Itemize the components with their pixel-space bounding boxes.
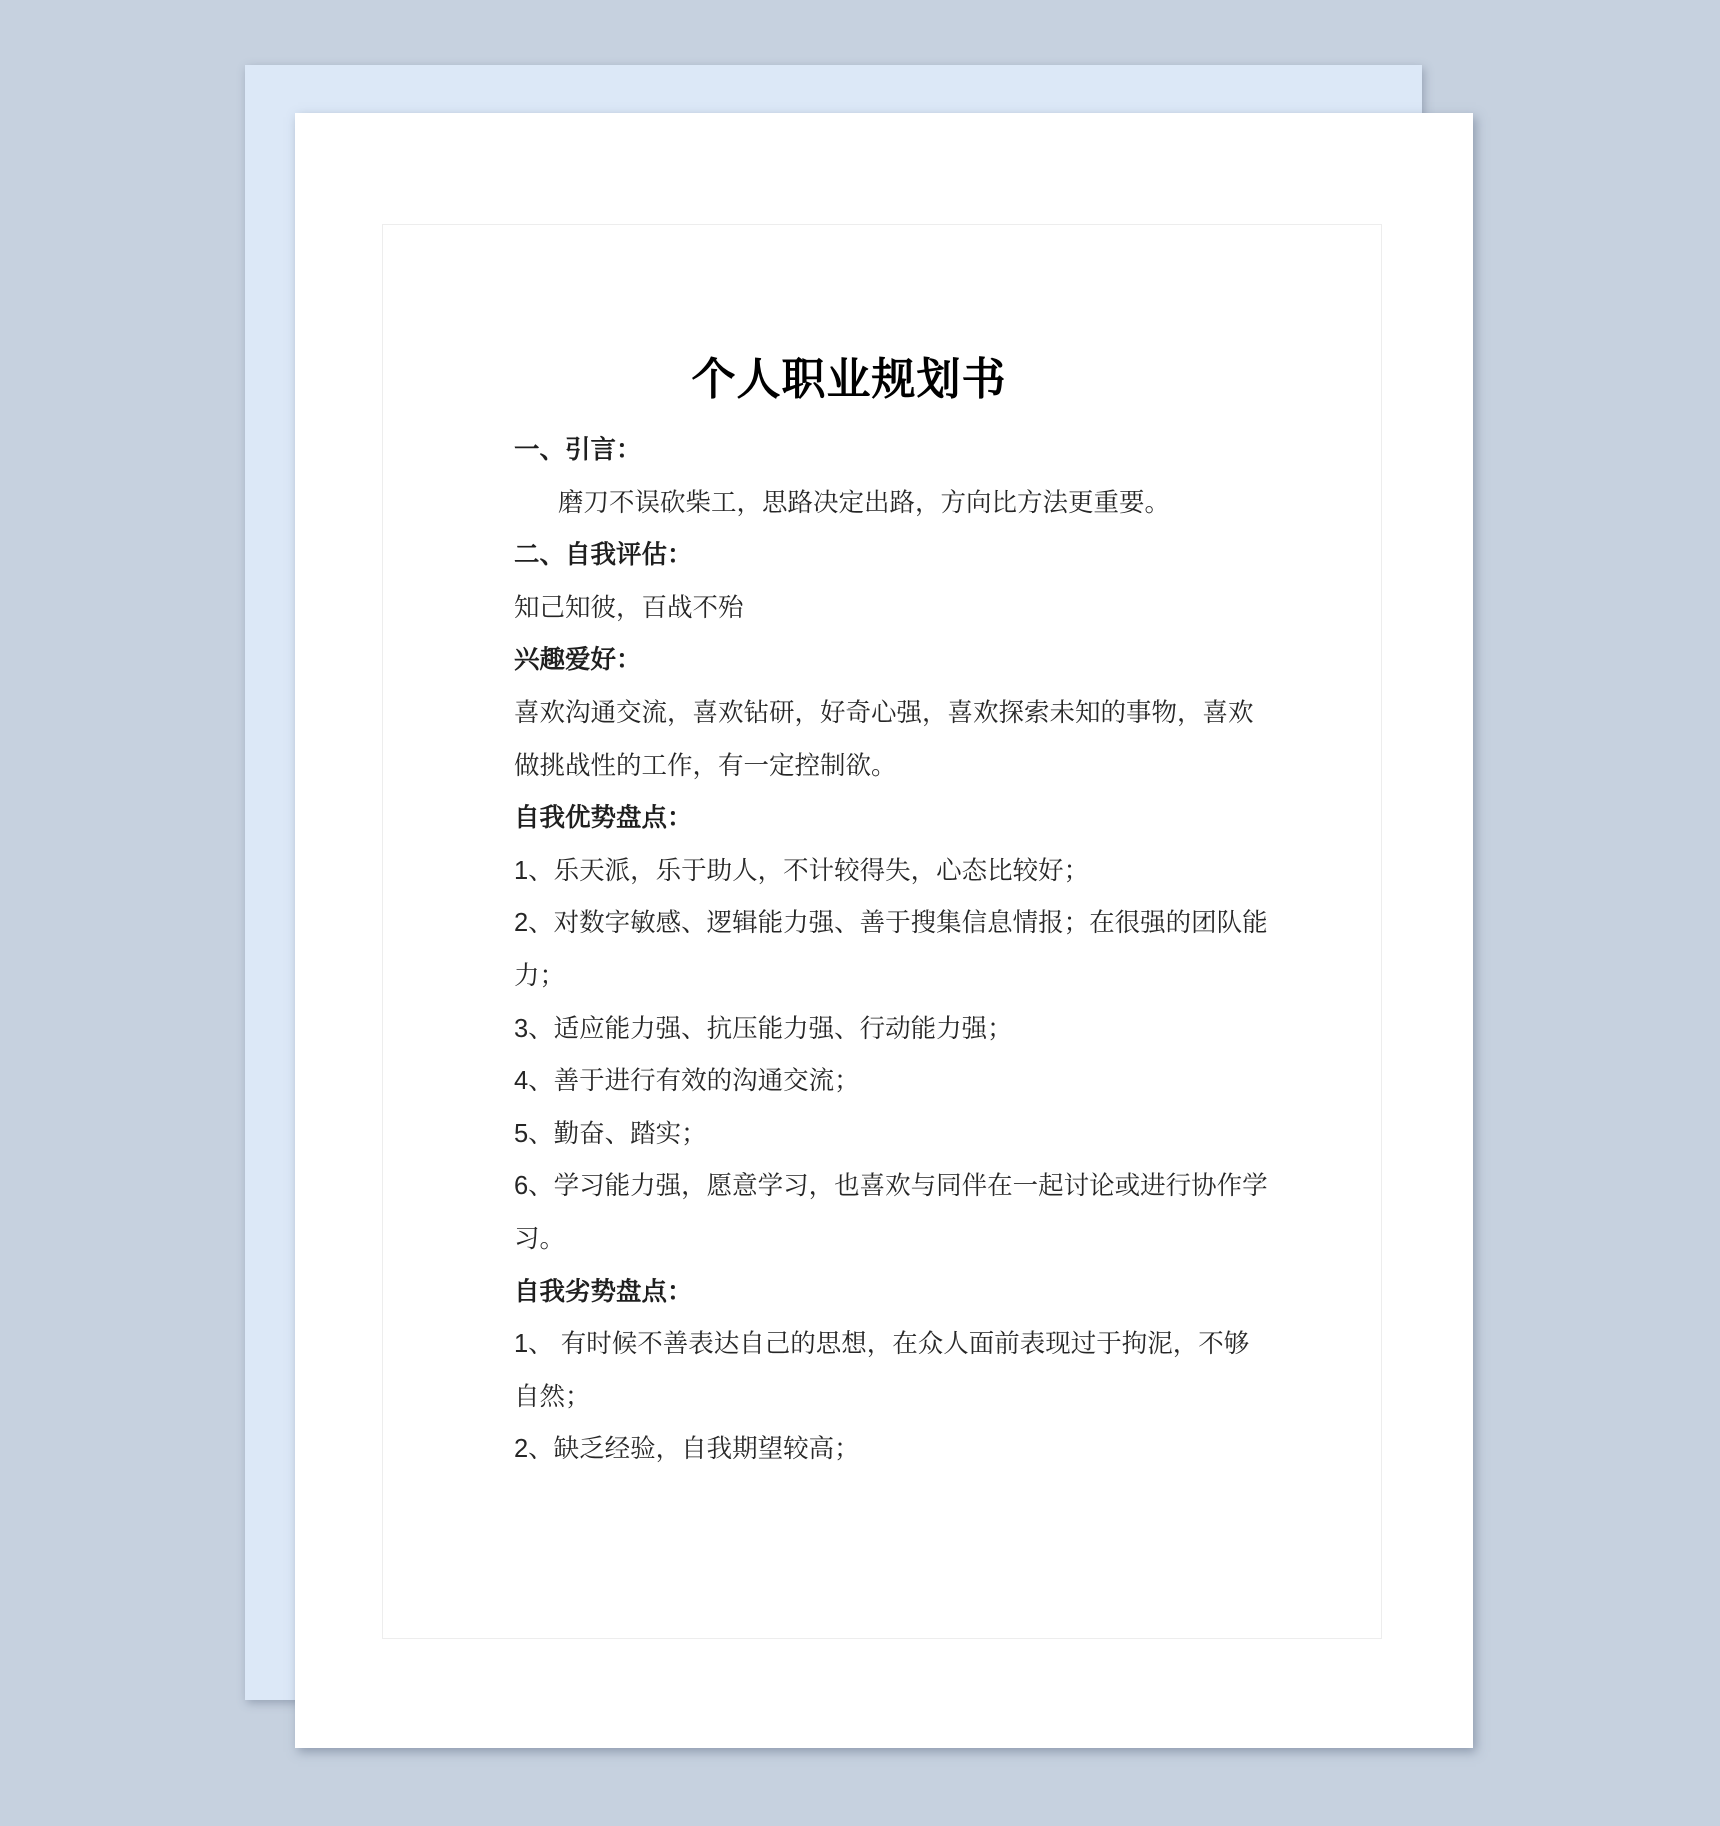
- body-paragraph: 2、对数字敏感、逻辑能力强、善于搜集信息情报；在很强的团队能力；: [514, 897, 1274, 1002]
- section-heading: 兴趣爱好：: [514, 634, 1274, 687]
- body-paragraph: 知己知彼，百战不殆: [514, 582, 1274, 635]
- section-heading: 自我劣势盘点：: [514, 1266, 1274, 1319]
- body-paragraph: 4、善于进行有效的沟通交流；: [514, 1055, 1274, 1108]
- body-paragraph: 磨刀不误砍柴工，思路决定出路，方向比方法更重要。: [514, 477, 1274, 530]
- section-heading: 一、引言：: [514, 424, 1274, 477]
- document-blocks: 一、引言：磨刀不误砍柴工，思路决定出路，方向比方法更重要。二、自我评估：知己知彼…: [514, 424, 1274, 1476]
- section-heading: 二、自我评估：: [514, 529, 1274, 582]
- body-paragraph: 1、 有时候不善表达自己的思想，在众人面前表现过于拘泥，不够自然；: [514, 1318, 1274, 1423]
- body-paragraph: 5、勤奋、踏实；: [514, 1108, 1274, 1161]
- body-paragraph: 6、学习能力强，愿意学习，也喜欢与同伴在一起讨论或进行协作学习。: [514, 1160, 1274, 1265]
- body-paragraph: 喜欢沟通交流，喜欢钻研，好奇心强，喜欢探索未知的事物，喜欢做挑战性的工作，有一定…: [514, 687, 1274, 792]
- document-page: 个人职业规划书 一、引言：磨刀不误砍柴工，思路决定出路，方向比方法更重要。二、自…: [295, 113, 1473, 1748]
- section-heading: 自我优势盘点：: [514, 792, 1274, 845]
- body-paragraph: 2、缺乏经验，自我期望较高；: [514, 1423, 1274, 1476]
- preview-background: 个人职业规划书 一、引言：磨刀不误砍柴工，思路决定出路，方向比方法更重要。二、自…: [0, 0, 1720, 1826]
- body-paragraph: 3、适应能力强、抗压能力强、行动能力强；: [514, 1003, 1274, 1056]
- body-paragraph: 1、乐天派，乐于助人，不计较得失，心态比较好；: [514, 845, 1274, 898]
- document-title: 个人职业规划书: [469, 350, 1229, 410]
- document-content: 个人职业规划书 一、引言：磨刀不误砍柴工，思路决定出路，方向比方法更重要。二、自…: [514, 350, 1274, 1476]
